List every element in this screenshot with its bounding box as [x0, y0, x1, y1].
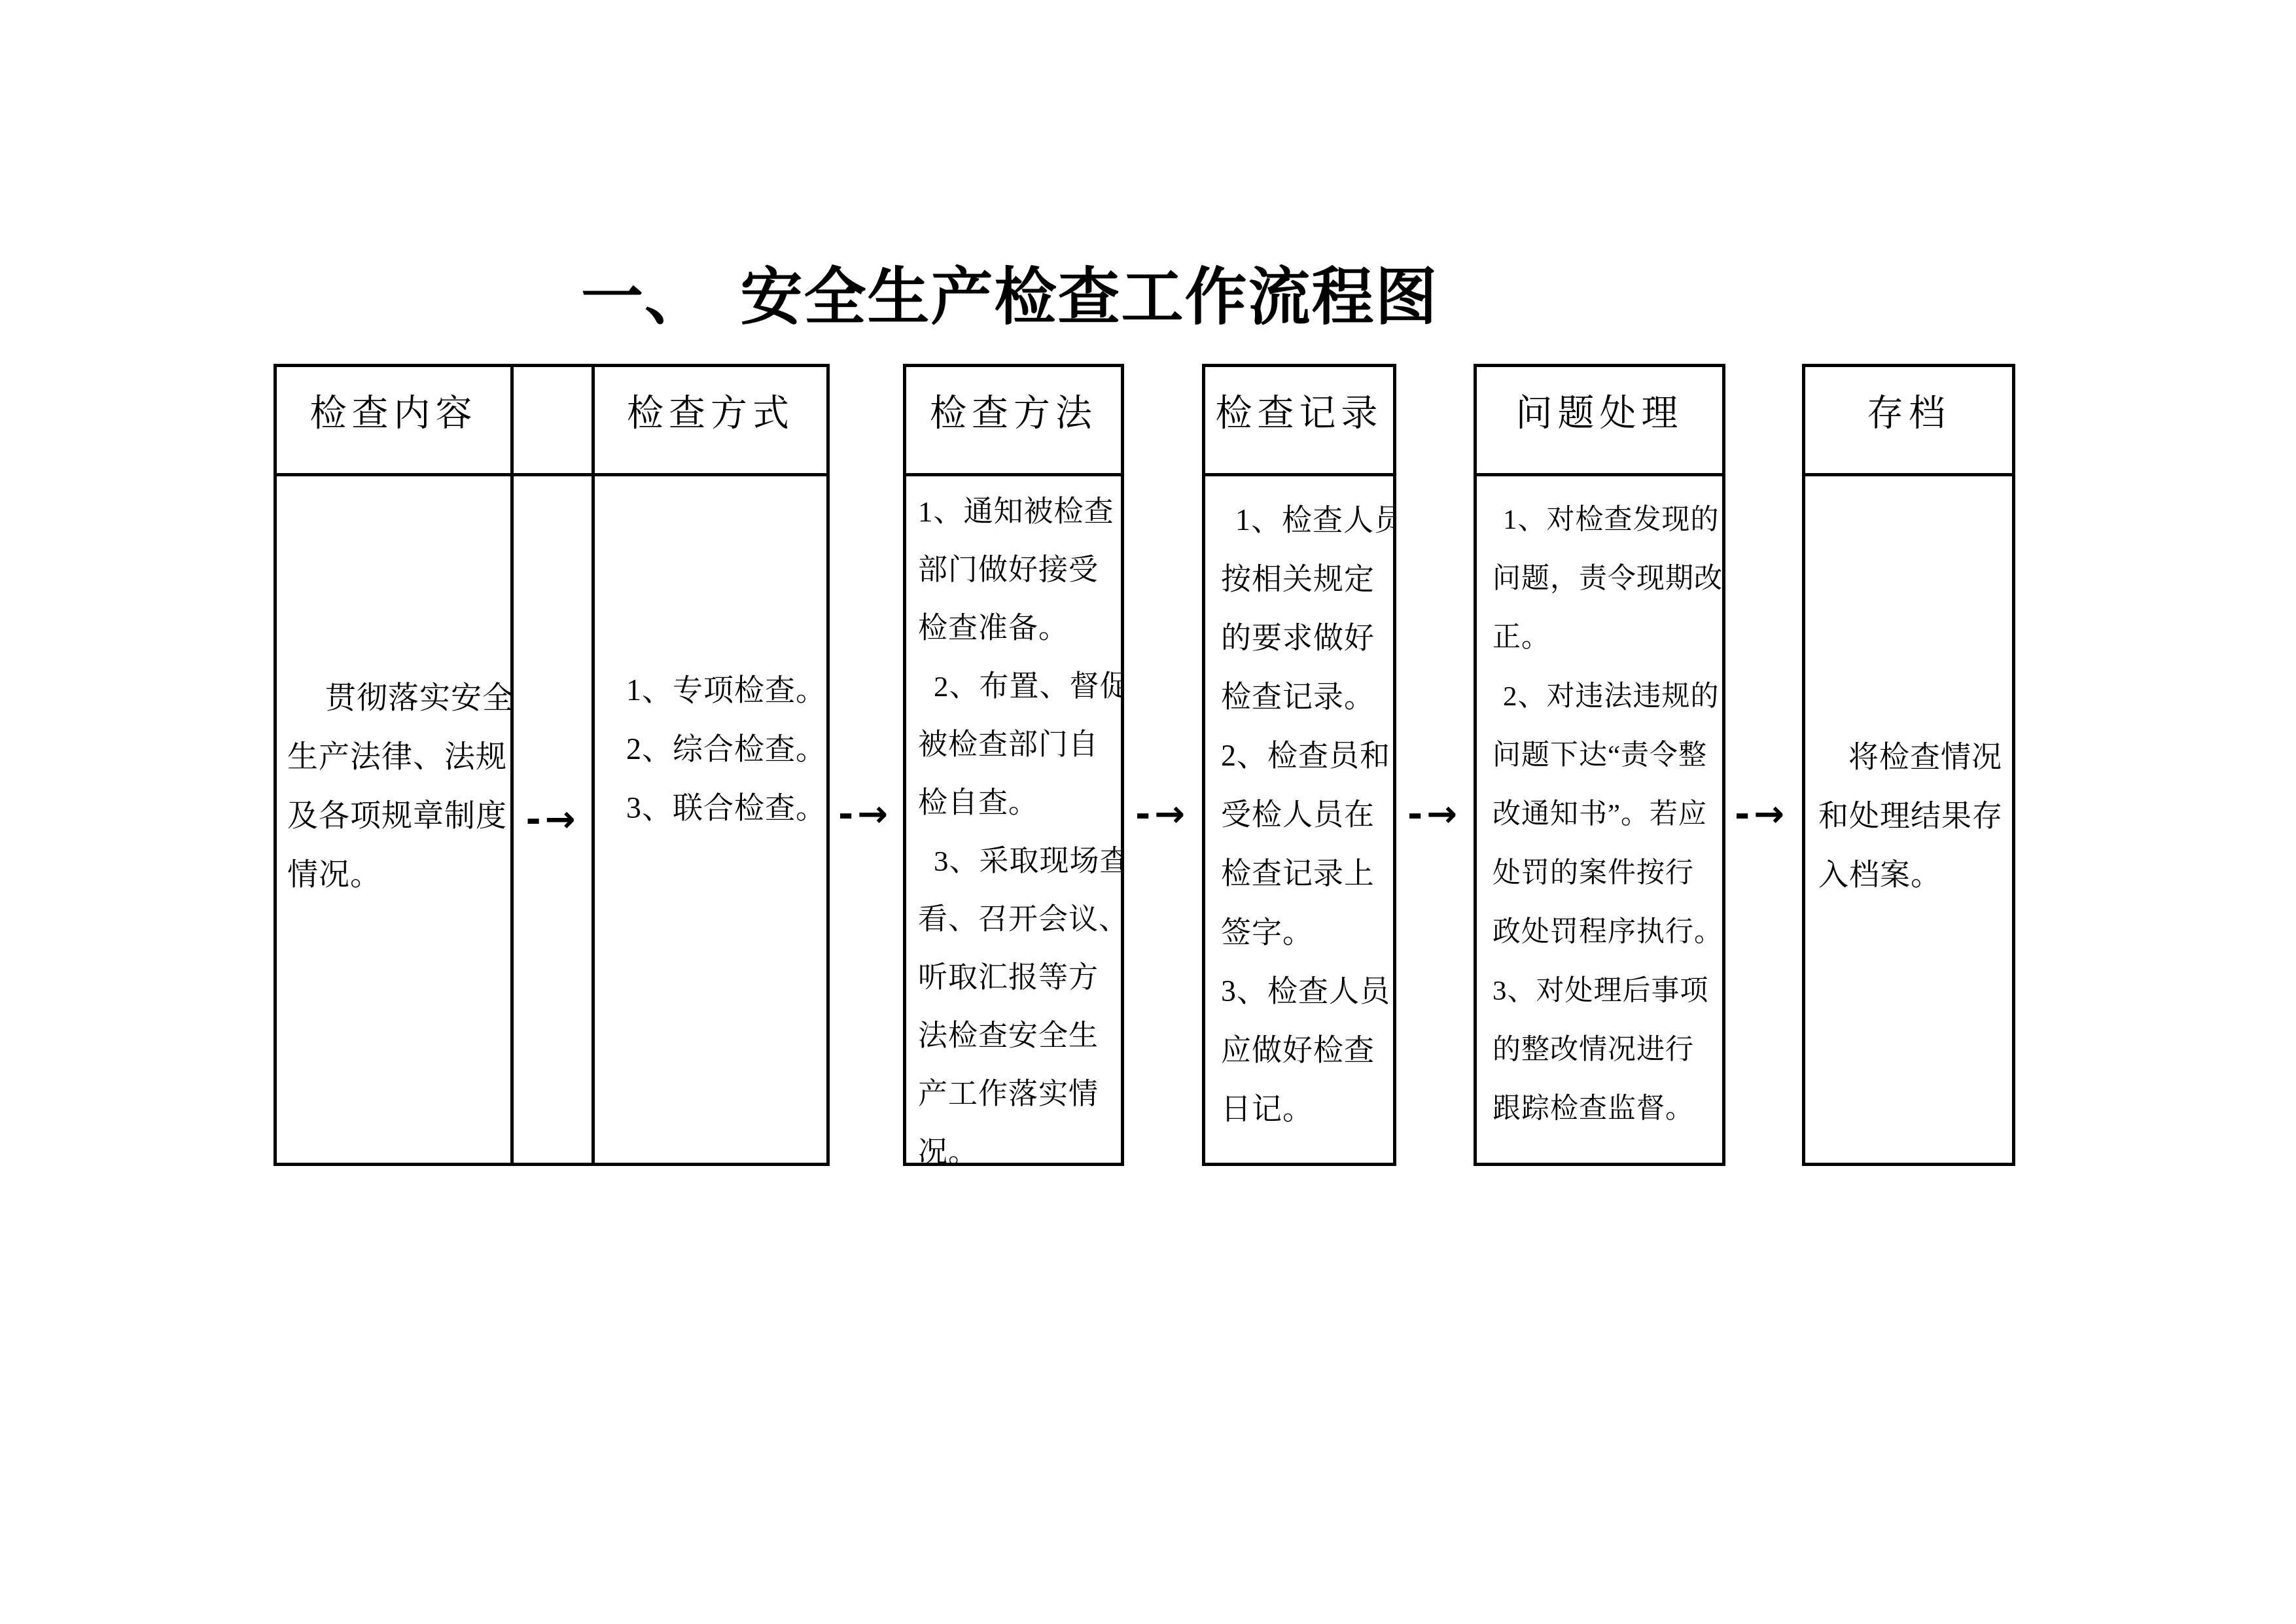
text-line: 2、检查员和 — [1221, 726, 1390, 785]
text-line: 看、召开会议、 — [918, 891, 1118, 949]
flow-arrow-icon: -→ — [1123, 785, 1201, 844]
text-line: 3、联合检查。 — [626, 779, 826, 838]
flow-arrow-icon: -→ — [1395, 785, 1474, 844]
text-line: 检自查。 — [918, 774, 1118, 832]
header-inspection-method: 检查方法 — [906, 367, 1121, 476]
text-line: 法检查安全生 — [918, 1007, 1118, 1065]
text-line: 生产法律、法规 — [287, 728, 505, 786]
body-inspection-mode: 1、专项检查。2、综合检查。3、联合检查。 — [595, 476, 826, 1163]
column-connector: -→ — [514, 367, 595, 1163]
text-line: 入档案。 — [1818, 845, 2009, 904]
text-line: 部门做好接受 — [918, 541, 1118, 599]
text-line: 的整改情况进行 — [1492, 1021, 1720, 1080]
block-inspection-method: 检查方法 1、通知被检查部门做好接受检查准备。2、布置、督促被检查部门自检自查。… — [903, 364, 1124, 1166]
body-inspection-content: 贯彻落实安全生产法律、法规及各项规章制度情况。 — [277, 476, 510, 1163]
text-line: 正。 — [1492, 609, 1720, 667]
flow-arrow-icon: -→ — [1722, 785, 1801, 844]
header-archive: 存档 — [1805, 367, 2012, 476]
text-line: 将检查情况 — [1818, 728, 2009, 786]
page-title: 一、 安全生产检查工作流程图 — [581, 267, 1439, 329]
text-line: 1、专项检查。 — [626, 661, 826, 720]
text-line: 3、对处理后事项 — [1492, 962, 1720, 1021]
text-line: 1、通知被检查 — [918, 483, 1118, 541]
text-line: 及各项规章制度 — [287, 786, 505, 845]
body-archive: 将检查情况和处理结果存入档案。 — [1805, 476, 2012, 1163]
body-connector: -→ — [514, 476, 592, 1163]
column-inspection-content: 检查内容 贯彻落实安全生产法律、法规及各项规章制度情况。 — [277, 367, 514, 1163]
text-line: 签字。 — [1221, 903, 1390, 962]
column-inspection-mode: 检查方式 1、专项检查。2、综合检查。3、联合检查。 — [595, 367, 826, 1163]
body-inspection-record: 1、检查人员按相关规定的要求做好检查记录。2、检查员和受检人员在检查记录上签字。… — [1205, 476, 1393, 1163]
header-problem-handling: 问题处理 — [1477, 367, 1722, 476]
body-inspection-method: 1、通知被检查部门做好接受检查准备。2、布置、督促被检查部门自检自查。3、采取现… — [906, 476, 1121, 1163]
text-line: 2、对违法违规的 — [1492, 667, 1720, 726]
text-line: 听取汇报等方 — [918, 949, 1118, 1007]
text-line: 产工作落实情 — [918, 1065, 1118, 1123]
text-line: 情况。 — [287, 845, 505, 904]
block-problem-handling: 问题处理 1、对检查发现的问题，责令现期改正。2、对违法违规的问题下达“责令整改… — [1474, 364, 1725, 1166]
text-line: 况。 — [918, 1123, 1118, 1163]
text-line: 受检人员在 — [1221, 785, 1390, 844]
text-line: 和处理结果存 — [1818, 786, 2009, 845]
text-line: 问题，责令现期改 — [1492, 550, 1720, 609]
text-line: 的要求做好 — [1221, 609, 1390, 667]
text-line: 按相关规定 — [1221, 550, 1390, 609]
text-line: 改通知书”。若应 — [1492, 785, 1720, 844]
header-inspection-mode: 检查方式 — [595, 367, 826, 476]
text-line: 政处罚程序执行。 — [1492, 903, 1720, 962]
header-inspection-record: 检查记录 — [1205, 367, 1393, 476]
text-line: 1、对检查发现的 — [1492, 491, 1720, 550]
header-inspection-content: 检查内容 — [277, 367, 510, 476]
text-line: 应做好检查 — [1221, 1021, 1390, 1080]
text-line: 问题下达“责令整 — [1492, 726, 1720, 785]
text-line: 日记。 — [1221, 1080, 1390, 1139]
text-line: 贯彻落实安全 — [287, 669, 505, 728]
block-archive: 存档 将检查情况和处理结果存入档案。 — [1802, 364, 2015, 1166]
text-line: 处罚的案件按行 — [1492, 844, 1720, 903]
block-inspection-content-and-mode: 检查内容 贯彻落实安全生产法律、法规及各项规章制度情况。 -→ 检查方式 1、专… — [274, 364, 830, 1166]
block-inspection-record: 检查记录 1、检查人员按相关规定的要求做好检查记录。2、检查员和受检人员在检查记… — [1202, 364, 1396, 1166]
text-line: 2、综合检查。 — [626, 720, 826, 779]
text-line: 被检查部门自 — [918, 716, 1118, 774]
text-line: 检查记录上 — [1221, 844, 1390, 903]
flow-arrow-icon: -→ — [525, 790, 579, 849]
text-line: 1、检查人员 — [1221, 491, 1390, 550]
text-line: 3、采取现场查 — [918, 832, 1118, 891]
flowchart-page: 一、 安全生产检查工作流程图 检查内容 贯彻落实安全生产法律、法规及各项规章制度… — [0, 0, 2296, 1624]
flow-arrow-icon: -→ — [826, 785, 904, 844]
body-problem-handling: 1、对检查发现的问题，责令现期改正。2、对违法违规的问题下达“责令整改通知书”。… — [1477, 476, 1722, 1163]
text-line: 跟踪检查监督。 — [1492, 1080, 1720, 1139]
text-line: 2、布置、督促 — [918, 658, 1118, 716]
header-connector-empty — [514, 367, 592, 476]
text-line: 检查准备。 — [918, 599, 1118, 658]
text-line: 检查记录。 — [1221, 667, 1390, 726]
text-line: 3、检查人员 — [1221, 962, 1390, 1021]
